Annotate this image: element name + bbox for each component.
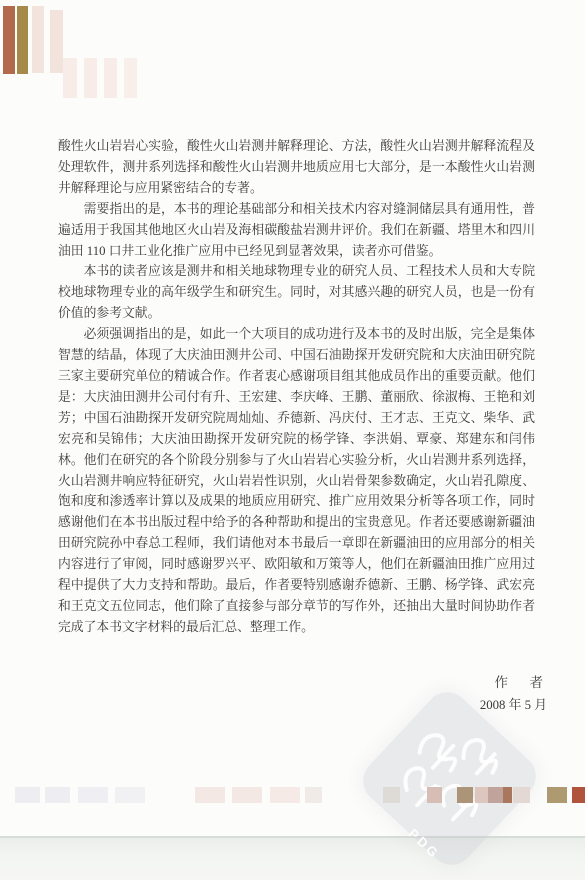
strip-block (45, 787, 70, 803)
publication-date: 2008 年 5 月 (480, 694, 547, 713)
strip-block (195, 787, 225, 803)
strip-block (115, 787, 145, 803)
paragraph: 需要指出的是，本书的理论基础部分和相关技术内容对缝洞储层具有通用性，普遍适用于我… (58, 199, 535, 262)
paragraph: 酸性火山岩岩心实验，酸性火山岩测井解释理论、方法，酸性火山岩测井解释流程及处理软… (58, 136, 535, 199)
strip-block (270, 787, 300, 803)
deco-bar (104, 58, 117, 98)
strip-block (78, 787, 108, 803)
deco-bar (84, 58, 97, 98)
author-signature: 作 者 (495, 671, 548, 691)
deco-bar (50, 10, 63, 73)
strip-block (547, 787, 567, 803)
deco-bar (63, 58, 77, 98)
deco-bar (17, 6, 28, 74)
body-text: 酸性火山岩岩心实验，酸性火山岩测井解释理论、方法，酸性火山岩测井解释流程及处理软… (58, 136, 535, 638)
strip-block (232, 787, 262, 803)
paragraph: 本书的读者应该是测井和相关地球物理专业的研究人员、工程技术人员和大专院校地球物理… (58, 261, 535, 324)
deco-bar (3, 6, 15, 74)
deco-bar (124, 58, 137, 98)
paragraph: 必须强调指出的是，如此一个大项目的成功进行及本书的及时出版，完全是集体智慧的结晶… (58, 324, 535, 638)
strip-block (15, 787, 40, 803)
strip-block (572, 787, 585, 803)
deco-bar (32, 6, 44, 73)
page: 酸性火山岩岩心实验，酸性火山岩测井解释理论、方法，酸性火山岩测井解释流程及处理软… (0, 0, 585, 880)
strip-block (305, 787, 322, 803)
page-bottom-edge-band (0, 838, 585, 880)
